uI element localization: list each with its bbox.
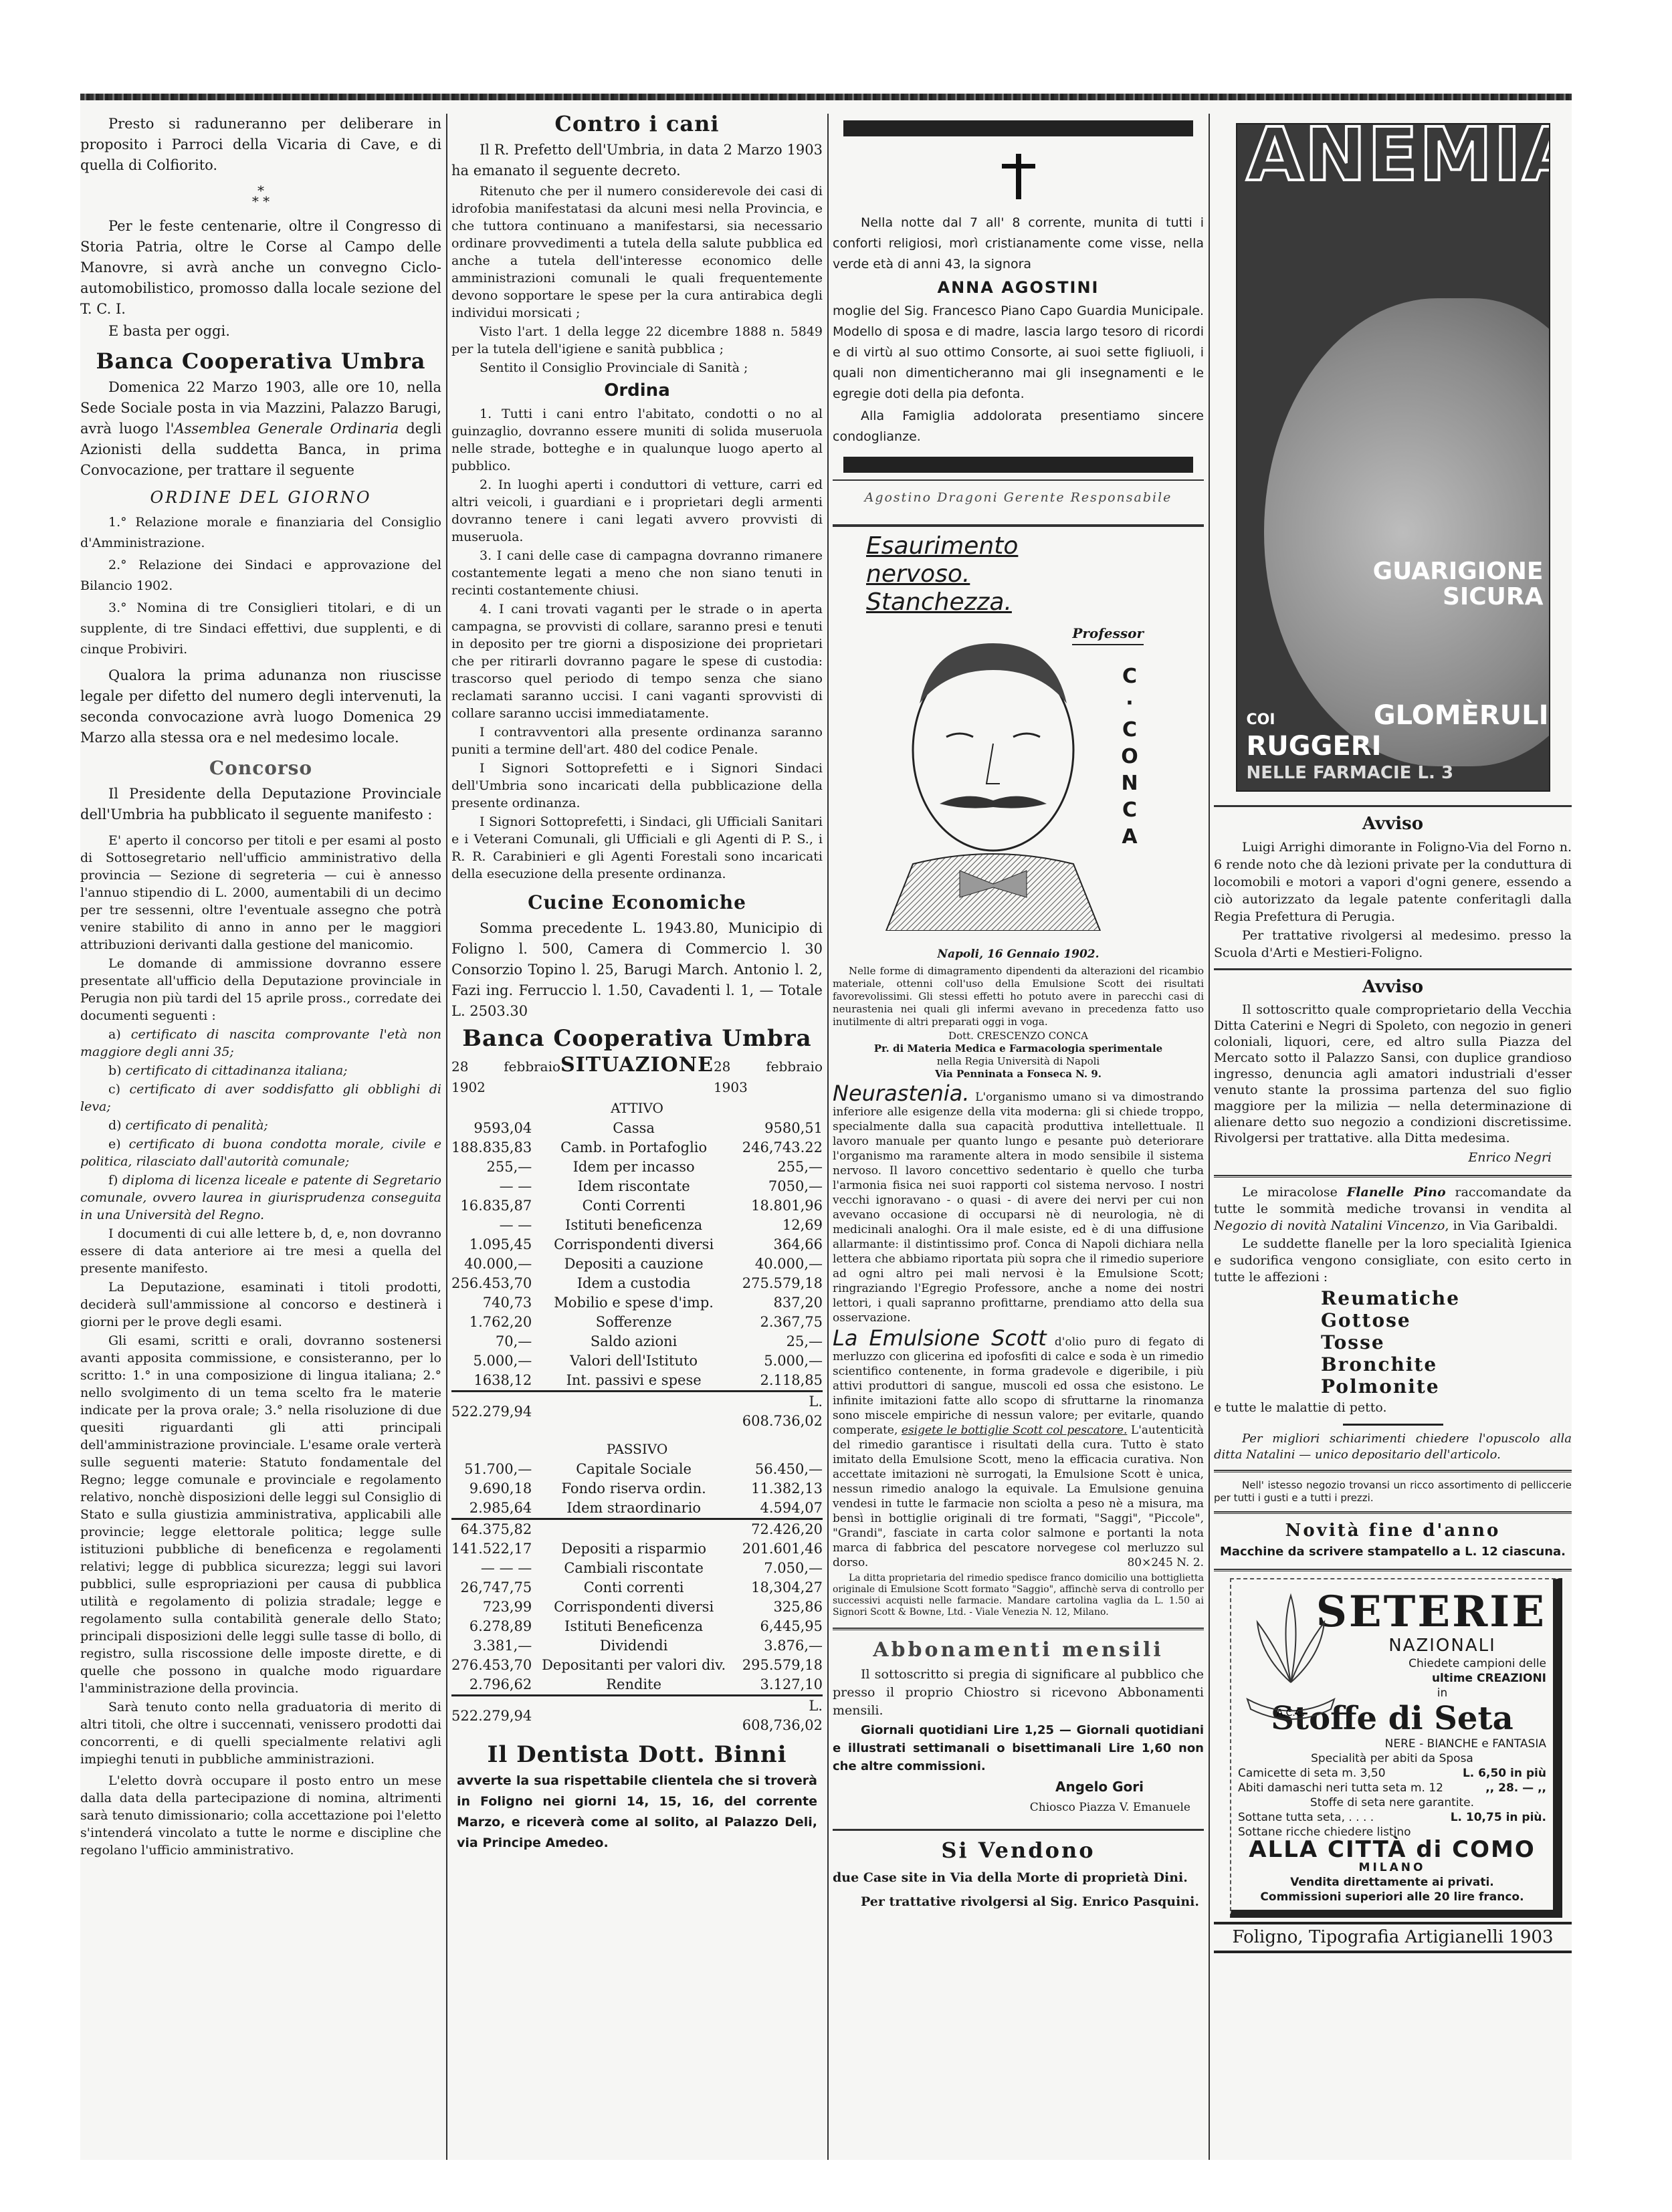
doctor-signature: Dott. CRESCENZO CONCA Pr. di Materia Med…: [833, 1030, 1204, 1081]
ordina-item: 3. I cani delle case di campagna dovrann…: [451, 547, 823, 599]
passivo-total-row: 522.279,94L. 608,736,02: [451, 1696, 823, 1736]
cross-icon: [1002, 154, 1035, 199]
balance-row: 70,—Saldo azioni25,—: [451, 1332, 823, 1351]
divider: [1214, 968, 1572, 970]
seterie-colors: NERE - BIANCHE e FANTASIA: [1238, 1737, 1546, 1751]
cucine-paragraph: Somma precedente L. 1943.80, Municipio d…: [451, 918, 823, 1022]
professor-portrait: Professor C·CONCA: [833, 623, 1204, 937]
abbonamenti-signature: Angelo Gori: [833, 1777, 1204, 1797]
sottoprefetti-paragraph: I Signori Sottoprefetti e i Signori Sind…: [451, 760, 823, 812]
passivo-table: 51.700,—Capitale Sociale56.450,—9.690,18…: [451, 1460, 823, 1735]
column-1: Presto si raduneranno per deliberare in …: [80, 114, 441, 1860]
divider: [1214, 1470, 1572, 1472]
seterie-price-row: Camicette di seta m. 3,50L. 6,50 in più: [1238, 1766, 1546, 1781]
asterism-separator: ** *: [80, 185, 441, 207]
ailment-item: Gottose: [1321, 1309, 1572, 1331]
column-4: ANEMIA GUARIGIONESICURA COI GLOMÈRULI RU…: [1214, 114, 1572, 1953]
emulsione-paragraph: La Emulsione Scott d'olio puro di fegato…: [833, 1331, 1204, 1570]
passivo-subtotal-row: 64.375,8272.426,20: [451, 1519, 823, 1540]
sentito-paragraph: Sentito il Consiglio Provinciale di Sani…: [451, 359, 823, 376]
vendono-text: due Case site in Via della Morte di prop…: [833, 1866, 1204, 1889]
avviso-heading: Avviso: [1214, 814, 1572, 835]
merito-paragraph: Sarà tenuto conto nella graduatoria di m…: [80, 1698, 441, 1768]
ailment-item: Reumatiche: [1321, 1287, 1572, 1309]
document-item: e) certificato di buona condotta morale,…: [80, 1135, 441, 1170]
ailments-end: e tutte le malattie di petto.: [1214, 1398, 1572, 1418]
seterie-sposa: Specialità per abiti da Sposa: [1238, 1751, 1546, 1766]
basta-line: E basta per oggi.: [80, 321, 441, 342]
avviso-negri-signature: Enrico Negri: [1214, 1147, 1572, 1168]
document-item: b) certificato di cittadinanza italiana;: [80, 1062, 441, 1079]
divider: [1214, 805, 1572, 807]
column-divider: [446, 114, 447, 2160]
intro-paragraph: Presto si raduneranno per deliberare in …: [80, 114, 441, 176]
balance-row: 51.700,—Capitale Sociale56.450,—: [451, 1460, 823, 1479]
seterie-subtitle: NAZIONALI: [1338, 1636, 1546, 1656]
date-1902: 28 febbraio 1902: [451, 1057, 560, 1098]
ordine-item: 2.° Relazione dei Sindaci e approvazione…: [80, 555, 441, 596]
balance-row: 1.095,45Corrispondenti diversi364,66: [451, 1235, 823, 1254]
divider: [833, 1829, 1204, 1831]
vendono-contact: Per trattative rivolgersi al Sig. Enrico…: [833, 1890, 1204, 1913]
abbonamenti-place: Chiosco Piazza V. Emanuele: [833, 1797, 1204, 1818]
document-item: d) certificato di penalità;: [80, 1117, 441, 1134]
feste-paragraph: Per le feste centenarie, oltre il Congre…: [80, 216, 441, 320]
divider: [1214, 1569, 1572, 1571]
bank-balance-heading: Banca Cooperativa Umbra: [451, 1028, 823, 1049]
concorso-heading: Concorso: [80, 758, 441, 778]
concorso-domande: Le domande di ammissione dovranno essere…: [80, 955, 441, 1024]
conca-vertical-name: C·CONCA: [1120, 663, 1140, 851]
esami-paragraph: Gli esami, scritti e orali, dovranno sos…: [80, 1332, 441, 1697]
date-1903: 28 febbraio 1903: [714, 1057, 823, 1098]
scott-headline: nervoso.: [866, 560, 1204, 588]
eletto-paragraph: L'eletto dovrà occupare il posto entro u…: [80, 1772, 441, 1859]
balance-row: 6.278,89Istituti Beneficenza6,445,95: [451, 1617, 823, 1636]
balance-row: 9593,04Cassa9580,51: [451, 1119, 823, 1138]
anemia-product: COI GLOMÈRULI RUGGERI: [1247, 699, 1549, 757]
portrait-caption: Napoli, 16 Gennaio 1902.: [833, 944, 1204, 965]
ordine-item: 1.° Relazione morale e finanziaria del C…: [80, 512, 441, 554]
passivo-label: PASSIVO: [451, 1439, 823, 1460]
obituary-condolences: Alla Famiglia addolorata presentiamo sin…: [833, 406, 1204, 447]
lily-emblem-icon: A.C.C.: [1241, 1589, 1341, 1723]
anemia-poster-ad: ANEMIA GUARIGIONESICURA COI GLOMÈRULI RU…: [1236, 123, 1550, 792]
column-divider: [1209, 114, 1210, 2160]
printer-imprint: Foligno, Tipografia Artigianelli 1903: [1214, 1922, 1572, 1953]
seterie-in: in: [1338, 1686, 1546, 1700]
ailments-list: Reumatiche Gottose Tosse Bronchite Polmo…: [1321, 1287, 1572, 1398]
concorso-aperto: E' aperto il concorso per titoli e per e…: [80, 832, 441, 954]
ailment-item: Bronchite: [1321, 1353, 1572, 1375]
document-item: f) diploma di licenza liceale e patente …: [80, 1172, 441, 1224]
ordine-heading: ORDINE DEL GIORNO: [80, 487, 441, 508]
balance-row: — —Idem riscontate7050,—: [451, 1177, 823, 1196]
vendono-heading: Si Vendono: [833, 1840, 1204, 1861]
avviso-negri-text: Il sottoscritto quale comproprietario de…: [1214, 1002, 1572, 1146]
scott-headline: Stanchezza.: [866, 588, 1204, 617]
balance-row: 40.000,—Depositi a cauzione40.000,—: [451, 1254, 823, 1274]
anemia-cure: GUARIGIONESICURA: [1373, 559, 1544, 610]
deputazione-paragraph: La Deputazione, esaminati i titoli prodo…: [80, 1279, 441, 1331]
obituary-text: moglie del Sig. Francesco Piano Capo Gua…: [833, 301, 1204, 405]
document-item: a) certificato di nascita comprovante l'…: [80, 1026, 441, 1061]
mourning-bar-top: [843, 120, 1193, 136]
banca-paragraph: Domenica 22 Marzo 1903, alle ore 10, nel…: [80, 377, 441, 481]
balance-row: — —Istituti beneficenza12,69: [451, 1216, 823, 1235]
balance-row: — — —Cambiali riscontate7.050,—: [451, 1559, 823, 1578]
mourning-bar-bottom: [843, 457, 1193, 473]
balance-row: 740,73Mobilio e spese d'imp.837,20: [451, 1293, 823, 1313]
seterie-price-row: Abiti damaschi neri tutta seta m. 12,, 2…: [1238, 1781, 1546, 1795]
seterie-commissioni: Commissioni superiori alle 20 lire franc…: [1238, 1890, 1546, 1904]
short-divider: [1343, 1424, 1443, 1426]
balance-row: 16.835,87Conti Correnti18.801,96: [451, 1196, 823, 1216]
situazione-label: SITUAZIONE: [560, 1055, 714, 1075]
newspaper-page: Presto si raduneranno per deliberare in …: [80, 94, 1572, 2160]
flanelle-paragraph: Le miracolose Flanelle Pino raccomandate…: [1214, 1184, 1572, 1234]
balance-row: 9.690,18Fondo riserva ordin.11.382,13: [451, 1479, 823, 1499]
balance-row: 3.381,—Dividendi3.876,—: [451, 1636, 823, 1656]
divider: [833, 1628, 1204, 1630]
anemia-price: NELLE FARMACIE L. 3: [1247, 763, 1454, 784]
scott-emulsion-ad: Esaurimento nervoso. Stanchezza. Profess…: [833, 524, 1204, 1618]
avviso-heading: Avviso: [1214, 977, 1572, 998]
balance-row: 276.453,70Depositanti per valori div.295…: [451, 1656, 823, 1675]
avviso-arrighi-contact: Per trattative rivolgersi al medesimo. p…: [1214, 927, 1572, 962]
documents-list: a) certificato di nascita comprovante l'…: [80, 1026, 441, 1224]
cani-intro: Il R. Prefetto dell'Umbria, in data 2 Ma…: [451, 140, 823, 181]
attivo-table: 9593,04Cassa9580,51188.835,83Camb. in Po…: [451, 1119, 823, 1431]
scott-headline: Esaurimento: [866, 532, 1204, 560]
ritenuto-paragraph: Ritenuto che per il numero considerevole…: [451, 183, 823, 322]
neurastenia-paragraph: Neurastenia. L'organismo umano si va dim…: [833, 1086, 1204, 1325]
novita-heading: Novità fine d'anno: [1214, 1521, 1572, 1541]
seterie-store-name: ALLA CITTÀ di COMO: [1238, 1840, 1546, 1860]
seterie-price-row: Sottane tutta seta, . . . .L. 10,75 in p…: [1238, 1810, 1546, 1825]
abbonamenti-heading: Abbonamenti mensili: [833, 1640, 1204, 1660]
balance-row: 26,747,75Conti correnti18,304,27: [451, 1578, 823, 1597]
obituary-text: Nella notte dal 7 all' 8 corrente, munit…: [833, 213, 1204, 275]
svg-text:A.C.C.: A.C.C.: [1277, 1708, 1305, 1719]
pelliccerie-note: Nell' istesso negozio trovansi un ricco …: [1214, 1479, 1572, 1505]
balance-row: 1.762,20Sofferenze2.367,75: [451, 1313, 823, 1332]
portrait-illustration-icon: [873, 623, 1114, 931]
flanelle-uses: Le suddette flanelle per la loro special…: [1214, 1236, 1572, 1286]
dentista-heading: Il Dentista Dott. Binni: [451, 1745, 823, 1765]
document-item: c) certificato di aver soddisfatto gli o…: [80, 1081, 441, 1115]
cani-heading: Contro i cani: [451, 114, 823, 134]
balance-row: 1638,12Int. passivi e spese2.118,85: [451, 1371, 823, 1392]
ailment-item: Tosse: [1321, 1331, 1572, 1353]
bank-balance-dates: 28 febbraio 1902 SITUAZIONE 28 febbraio …: [451, 1055, 823, 1098]
top-rule: [80, 94, 1572, 100]
novita-text: Macchine da scrivere stampatello a L. 12…: [1214, 1541, 1572, 1562]
concorso-intro: Il Presidente della Deputazione Provinci…: [80, 784, 441, 825]
balance-row: 255,—Idem per incasso255,—: [451, 1157, 823, 1177]
ailment-item: Polmonite: [1321, 1375, 1572, 1398]
emulsione-small-print: La ditta proprietaria del rimedio spedis…: [833, 1573, 1204, 1618]
balance-row: 2.796,62Rendite3.127,10: [451, 1675, 823, 1696]
seterie-ad: A.C.C. SETERIE NAZIONALI Chiedete campio…: [1230, 1578, 1562, 1918]
anemia-title: ANEMIA: [1247, 144, 1541, 165]
balance-row: 141.522,17Depositi a risparmio201.601,46: [451, 1539, 823, 1559]
banca-heading: Banca Cooperativa Umbra: [80, 351, 441, 372]
conca-letter: Nelle forme di dimagramento dipendenti d…: [833, 965, 1204, 1028]
balance-row: 723,99Corrispondenti diversi325,86: [451, 1597, 823, 1617]
abbonamenti-text: Il sottoscritto si pregia di significare…: [833, 1666, 1204, 1720]
gerente-responsabile: Agostino Dragoni Gerente Responsabile: [833, 487, 1204, 508]
obituary-name: ANNA AGOSTINI: [833, 278, 1204, 298]
avviso-arrighi-text: Luigi Arrighi dimorante in Foligno-Via d…: [1214, 839, 1572, 925]
divider: [833, 479, 1204, 481]
cucine-heading: Cucine Economiche: [451, 892, 823, 913]
qualora-paragraph: Qualora la prima adunanza non riuscisse …: [80, 665, 441, 748]
balance-row: 188.835,83Camb. in Portafoglio246,743.22: [451, 1138, 823, 1157]
sottoprefetti-paragraph: I Signori Sottoprefetti, i Sindaci, gli …: [451, 813, 823, 883]
seterie-garantite: Stoffe di seta nere garantite.: [1238, 1795, 1546, 1810]
attivo-label: ATTIVO: [451, 1098, 823, 1119]
ordine-item: 3.° Nomina di tre Consiglieri titolari, …: [80, 598, 441, 660]
divider: [1214, 1511, 1572, 1514]
lettere-paragraph: I documenti di cui alle lettere b, d, e,…: [80, 1225, 441, 1277]
visto-paragraph: Visto l'art. 1 della legge 22 dicembre 1…: [451, 323, 823, 358]
balance-row: 5.000,—Valori dell'Istituto5.000,—: [451, 1351, 823, 1371]
seterie-vendita: Vendita direttamente ai privati.: [1238, 1875, 1546, 1890]
column-divider: [827, 114, 829, 2160]
contravventori-paragraph: I contravventori alla presente ordinanza…: [451, 724, 823, 758]
attivo-total-row: 522.279,94L. 608.736,02: [451, 1392, 823, 1432]
ordina-item: 2. In luoghi aperti i conduttori di vett…: [451, 476, 823, 546]
ordina-item: 1. Tutti i cani entro l'abitato, condott…: [451, 405, 823, 475]
balance-row: 256.453,70Idem a custodia275.579,18: [451, 1274, 823, 1293]
divider: [1214, 1175, 1572, 1178]
ordina-heading: Ordina: [451, 380, 823, 401]
ordina-item: 4. I cani trovati vaganti per le strade …: [451, 600, 823, 722]
dentista-paragraph: avverte la sua rispettabile clientela ch…: [451, 1771, 823, 1854]
column-2: Contro i cani Il R. Prefetto dell'Umbria…: [451, 114, 823, 1855]
abbonamenti-prices: Giornali quotidiani Lire 1,25 — Giornali…: [833, 1721, 1204, 1775]
balance-row: 2.985,64Idem straordinario4.594,07: [451, 1499, 823, 1519]
opuscolo-note: Per migliori schiarimenti chiedere l'opu…: [1214, 1431, 1572, 1463]
column-3: Nella notte dal 7 all' 8 corrente, munit…: [833, 114, 1204, 1914]
